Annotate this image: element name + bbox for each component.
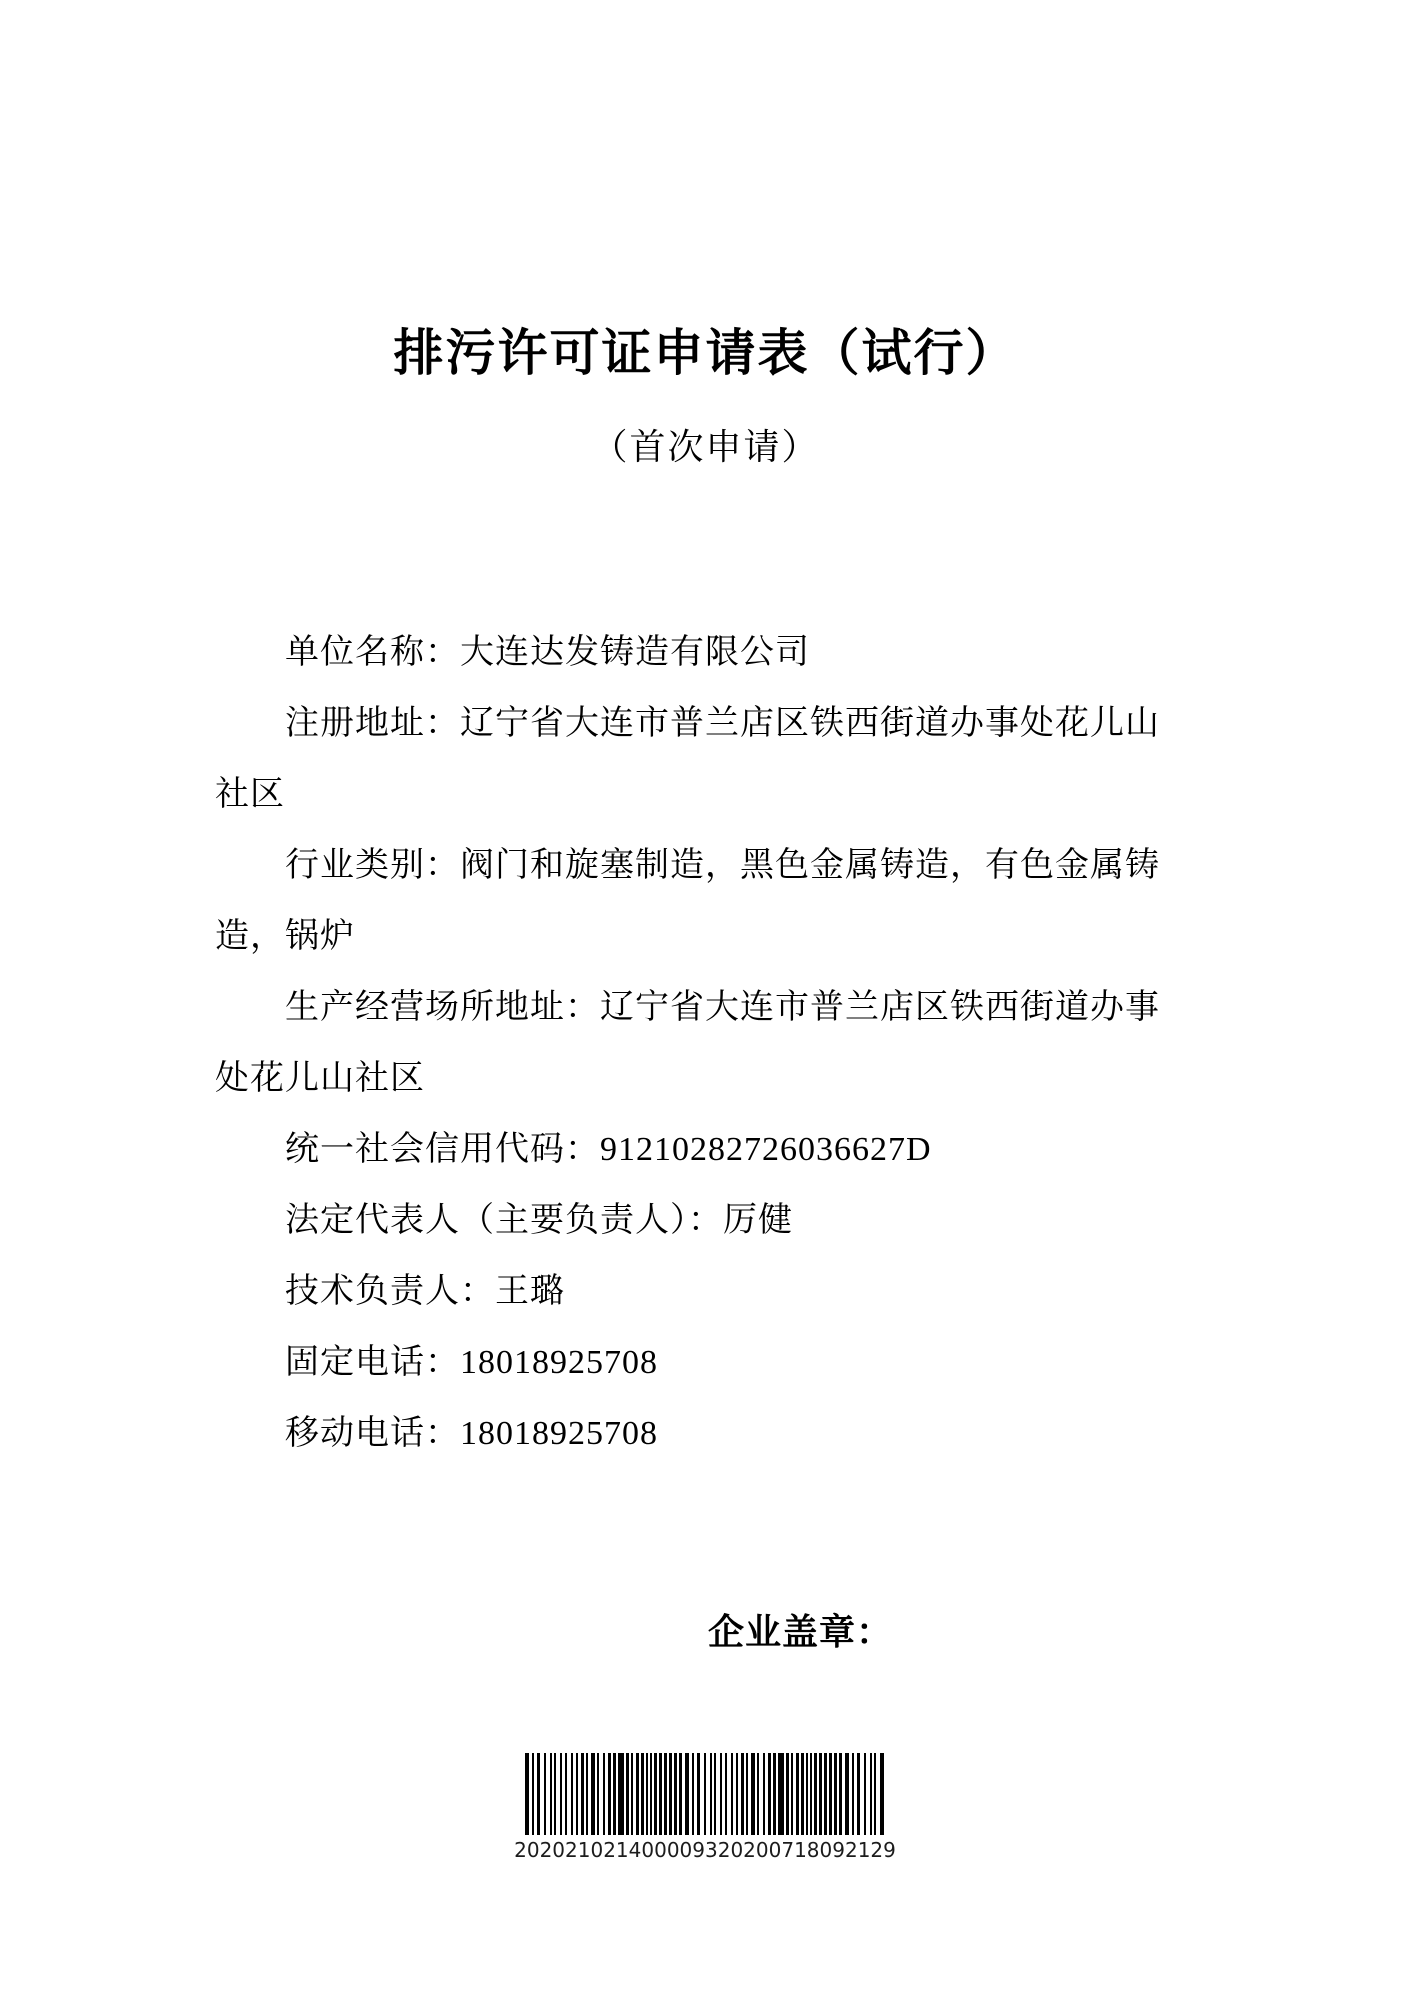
field-line: 法定代表人（主要负责人）：厉健: [215, 1185, 1200, 1256]
barcode-number: 202021021400009320200718092129: [505, 1838, 905, 1862]
page-title: 排污许可证申请表（试行）: [0, 322, 1411, 384]
page-subtitle: （首次申请）: [0, 424, 1411, 470]
field-line: 单位名称：大连达发铸造有限公司: [215, 617, 1200, 688]
field-line: 社区: [215, 759, 1200, 830]
field-line: 技术负责人：王璐: [215, 1256, 1200, 1327]
stamp-label: 企业盖章：: [708, 1612, 893, 1652]
field-line: 造，锅炉: [215, 901, 1200, 972]
body-text: 单位名称：大连达发铸造有限公司注册地址：辽宁省大连市普兰店区铁西街道办事处花儿山…: [215, 617, 1200, 1469]
field-line: 移动电话：18018925708: [215, 1398, 1200, 1469]
field-line: 处花儿山社区: [215, 1043, 1200, 1114]
field-line: 行业类别：阀门和旋塞制造，黑色金属铸造，有色金属铸: [215, 830, 1200, 901]
field-line: 注册地址：辽宁省大连市普兰店区铁西街道办事处花儿山: [215, 688, 1200, 759]
field-line: 生产经营场所地址：辽宁省大连市普兰店区铁西街道办事: [215, 972, 1200, 1043]
field-line: 统一社会信用代码：91210282726036627D: [215, 1114, 1200, 1185]
barcode: [525, 1753, 885, 1835]
field-line: 固定电话：18018925708: [215, 1327, 1200, 1398]
document-page: 排污许可证申请表（试行） （首次申请） 单位名称：大连达发铸造有限公司注册地址：…: [0, 0, 1411, 1995]
